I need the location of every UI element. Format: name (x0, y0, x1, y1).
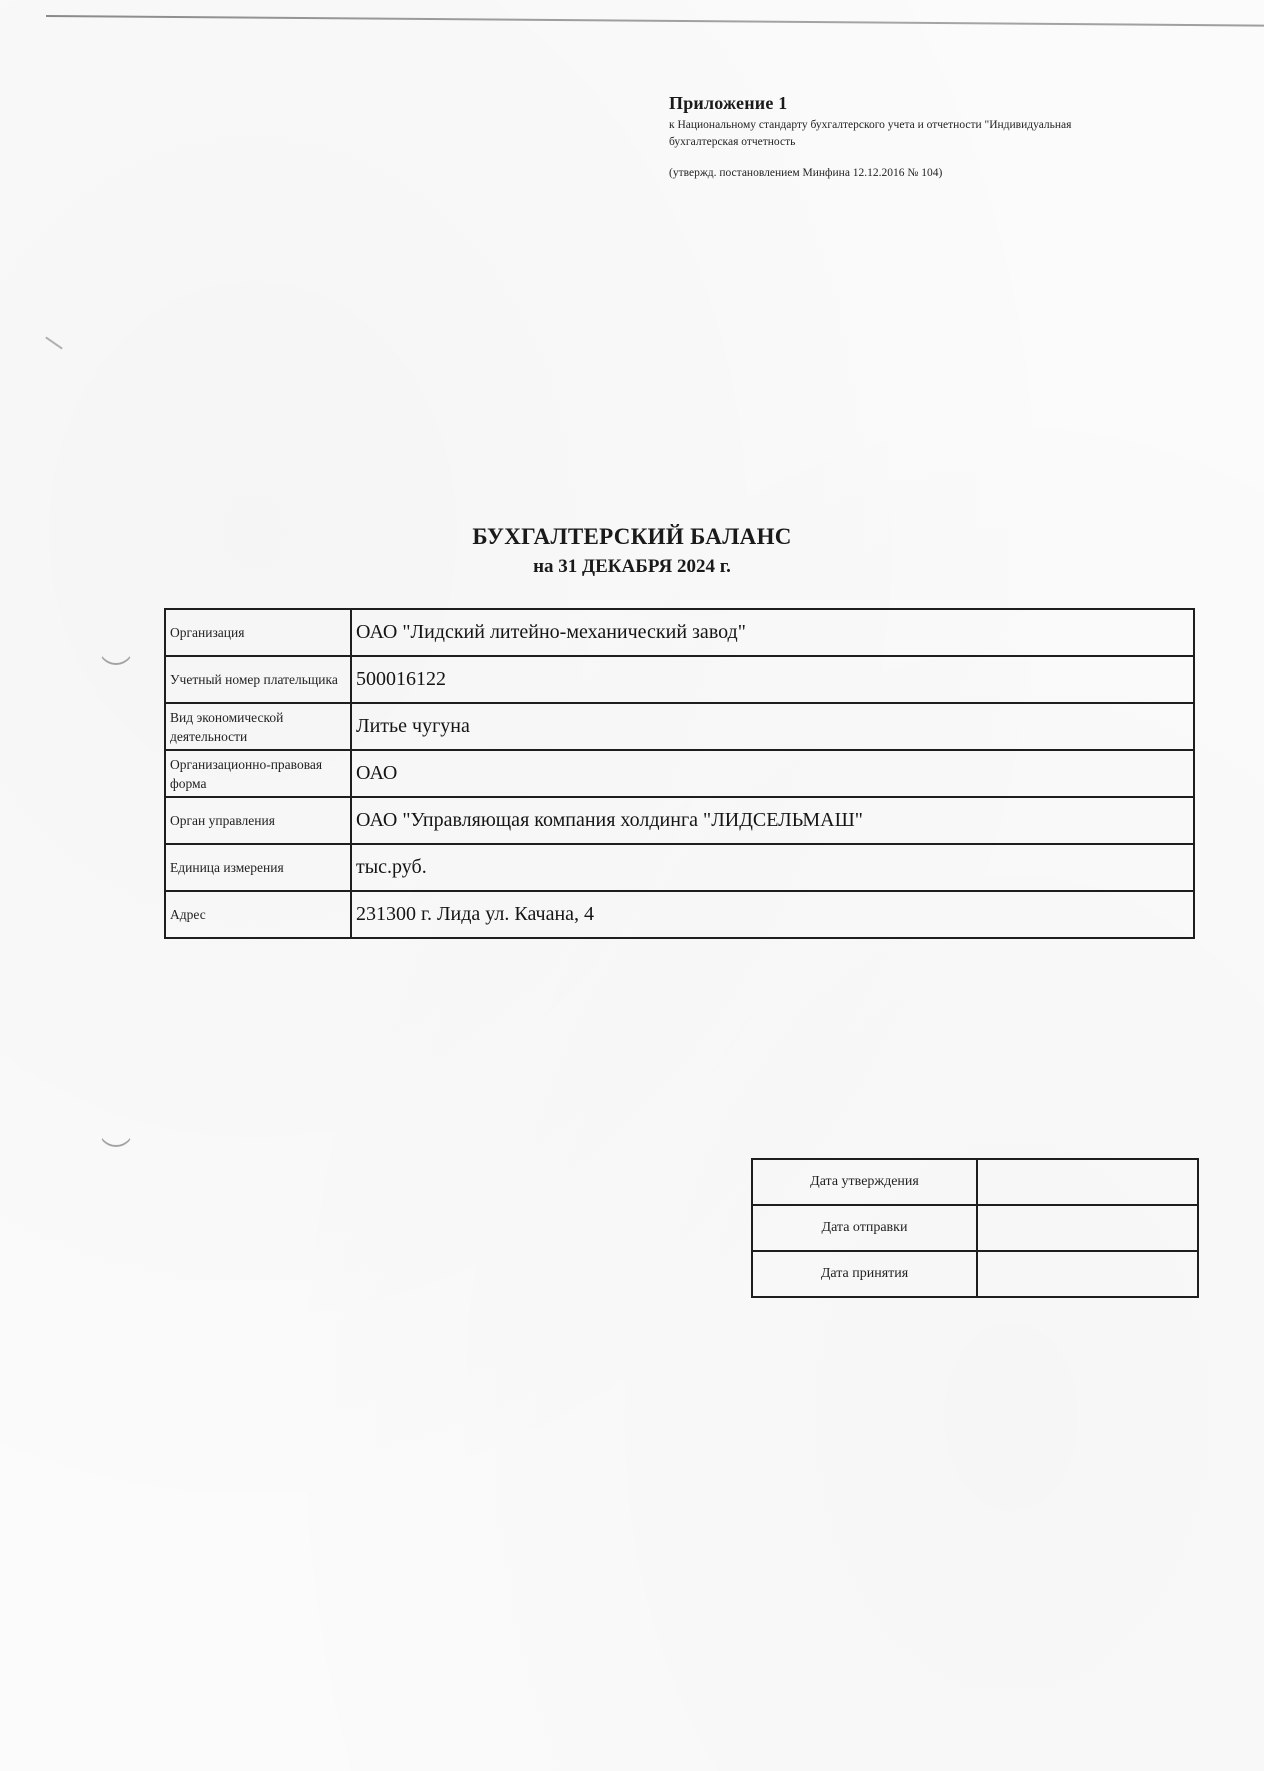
appendix-header: Приложение 1 к Национальному стандарту б… (669, 93, 1189, 191)
row-value-governing-body: ОАО "Управляющая компания холдинга "ЛИДС… (351, 797, 1194, 844)
appendix-standard-line-2: бухгалтерская отчетность (669, 134, 1189, 151)
row-label-activity: Вид экономической деятельности (165, 703, 351, 750)
approval-date-label: Дата утверждения (752, 1159, 977, 1205)
accepted-date-field (977, 1251, 1198, 1297)
appendix-standard-line-1: к Национальному стандарту бухгалтерского… (669, 117, 1189, 134)
row-label-legal-form: Организационно-правовая форма (165, 750, 351, 797)
table-row: Дата утверждения (752, 1159, 1198, 1205)
document-title: БУХГАЛТЕРСКИЙ БАЛАНС на 31 ДЕКАБРЯ 2024 … (0, 522, 1264, 580)
row-value-legal-form: ОАО (351, 750, 1194, 797)
table-row: Орган управления ОАО "Управляющая компан… (165, 797, 1194, 844)
table-row: Организация ОАО "Лидский литейно-механич… (165, 609, 1194, 656)
table-row: Дата принятия (752, 1251, 1198, 1297)
approval-date-field (977, 1159, 1198, 1205)
row-value-unit: тыс.руб. (351, 844, 1194, 891)
table-row: Вид экономической деятельности Литье чуг… (165, 703, 1194, 750)
accepted-date-label: Дата принятия (752, 1251, 977, 1297)
row-value-activity: Литье чугуна (351, 703, 1194, 750)
row-label-organization: Организация (165, 609, 351, 656)
paper-edge-line (46, 15, 1264, 27)
row-value-address: 231300 г. Лида ул. Качана, 4 (351, 891, 1194, 938)
row-value-organization: ОАО "Лидский литейно-механический завод" (351, 609, 1194, 656)
title-main: БУХГАЛТЕРСКИЙ БАЛАНС (0, 522, 1264, 552)
row-label-address: Адрес (165, 891, 351, 938)
appendix-approval: (утвержд. постановлением Минфина 12.12.2… (669, 167, 1189, 179)
table-row: Адрес 231300 г. Лида ул. Качана, 4 (165, 891, 1194, 938)
table-row: Учетный номер плательщика 500016122 (165, 656, 1194, 703)
appendix-title: Приложение 1 (669, 93, 1189, 114)
organization-details-table: Организация ОАО "Лидский литейно-механич… (164, 608, 1195, 939)
dates-table: Дата утверждения Дата отправки Дата прин… (751, 1158, 1199, 1298)
table-row: Единица измерения тыс.руб. (165, 844, 1194, 891)
row-value-taxpayer-number: 500016122 (351, 656, 1194, 703)
row-label-governing-body: Орган управления (165, 797, 351, 844)
punch-hole (98, 1110, 134, 1147)
punch-hole (98, 628, 134, 665)
table-row: Организационно-правовая форма ОАО (165, 750, 1194, 797)
sent-date-label: Дата отправки (752, 1205, 977, 1251)
sent-date-field (977, 1205, 1198, 1251)
table-row: Дата отправки (752, 1205, 1198, 1251)
scan-mark (45, 336, 63, 349)
title-date: на 31 ДЕКАБРЯ 2024 г. (0, 554, 1264, 580)
row-label-taxpayer-number: Учетный номер плательщика (165, 656, 351, 703)
row-label-unit: Единица измерения (165, 844, 351, 891)
